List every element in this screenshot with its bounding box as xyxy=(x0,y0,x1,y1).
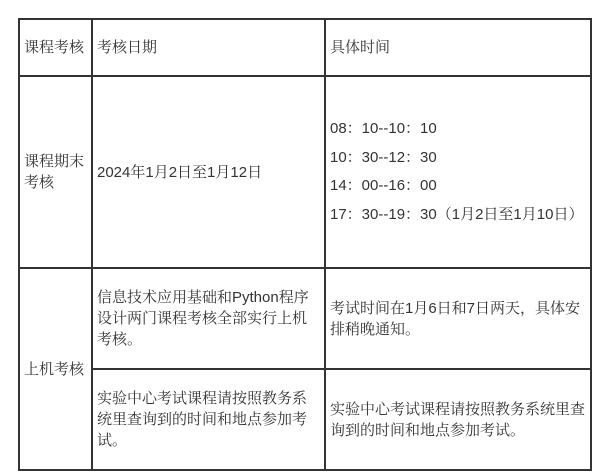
computer-exam-time-cell-1: 考试时间在1月6日和7日两天，具体安排稍晚通知。 xyxy=(325,268,591,369)
final-exam-row: 课程期末考核 2024年1月2日至1月12日 08：10--10：10 10：3… xyxy=(19,76,591,268)
header-cell-category: 课程考核 xyxy=(19,19,92,76)
computer-exam-row-1: 上机考核 信息技术应用基础和Python程序设计两门课程考核全部实行上机考核。 … xyxy=(19,268,591,369)
final-exam-category-cell: 课程期末考核 xyxy=(19,76,92,268)
computer-exam-description-cell-1: 信息技术应用基础和Python程序设计两门课程考核全部实行上机考核。 xyxy=(92,268,325,369)
time-slot-3: 14：00--16：00 xyxy=(330,175,586,197)
computer-exam-row-2: 实验中心考试课程请按照教务系统里查询到的时间和地点参加考试。 实验中心考试课程请… xyxy=(19,369,591,470)
computer-exam-time-info-2: 实验中心考试课程请按照教务系统里查询到的时间和地点参加考试。 xyxy=(330,399,586,441)
time-slot-1: 08：10--10：10 xyxy=(330,118,586,140)
final-exam-times-list: 08：10--10：10 10：30--12：30 14：00--16：00 1… xyxy=(330,118,586,226)
final-exam-date-cell: 2024年1月2日至1月12日 xyxy=(92,76,325,268)
time-slot-2: 10：30--12：30 xyxy=(330,147,586,169)
final-exam-times-cell: 08：10--10：10 10：30--12：30 14：00--16：00 1… xyxy=(325,76,591,268)
computer-exam-time-cell-2: 实验中心考试课程请按照教务系统里查询到的时间和地点参加考试。 xyxy=(325,369,591,470)
header-cell-date: 考核日期 xyxy=(92,19,325,76)
computer-exam-category-cell: 上机考核 xyxy=(19,268,92,470)
time-slot-4: 17：30--19：30（1月2日至1月10日） xyxy=(330,204,586,226)
computer-exam-time-info-1: 考试时间在1月6日和7日两天，具体安排稍晚通知。 xyxy=(330,298,586,340)
page: 课程考核 考核日期 具体时间 课程期末考核 2024年1月2日至1月12日 08… xyxy=(0,0,607,472)
computer-exam-description-2: 实验中心考试课程请按照教务系统里查询到的时间和地点参加考试。 xyxy=(97,388,320,451)
computer-exam-description-cell-2: 实验中心考试课程请按照教务系统里查询到的时间和地点参加考试。 xyxy=(92,369,325,470)
table-header-row: 课程考核 考核日期 具体时间 xyxy=(19,19,591,76)
computer-exam-description-1: 信息技术应用基础和Python程序设计两门课程考核全部实行上机考核。 xyxy=(97,287,320,350)
exam-schedule-table: 课程考核 考核日期 具体时间 课程期末考核 2024年1月2日至1月12日 08… xyxy=(18,18,592,471)
header-cell-time: 具体时间 xyxy=(325,19,591,76)
